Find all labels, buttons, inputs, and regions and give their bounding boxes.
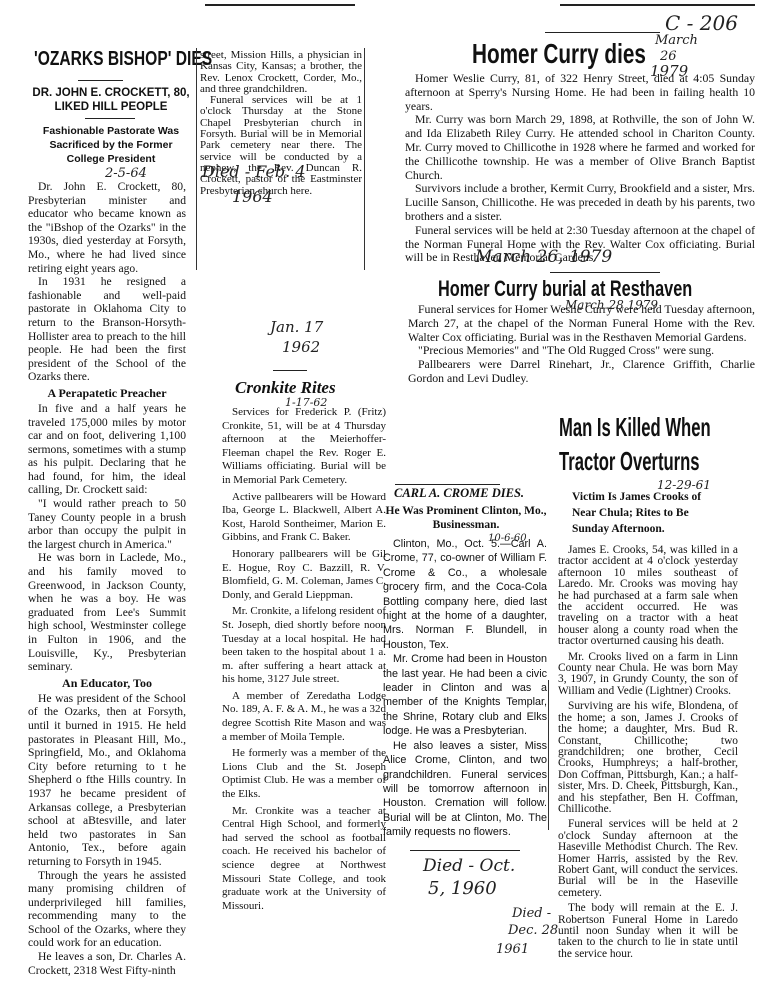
subdeck: Fashionable Pastorate Was Sacrificed by … [30, 124, 192, 166]
body-column: James E. Crooks, 54, was killed in a tra… [558, 545, 738, 960]
headline: Homer Curry dies [472, 38, 646, 70]
paragraph: Mr. Cronkite was a teacher at Central Hi… [222, 805, 386, 914]
divider [410, 850, 520, 851]
handwritten-date: Jan. 17 [270, 318, 323, 336]
column-rule [364, 48, 365, 270]
divider [273, 370, 307, 371]
handwritten-note: Died - [512, 905, 551, 923]
column-rule [196, 48, 197, 270]
paragraph: Survivors include a brother, Kermit Curr… [405, 182, 755, 223]
paragraph: Active pallbearers will be Howard Iba, G… [222, 491, 386, 545]
paragraph: The body will remain at the E. J. Robert… [558, 903, 738, 960]
paragraph: Mr. Cronkite, a lifelong resident of St.… [222, 605, 386, 687]
paragraph: "Precious Memories" and "The Old Rugged … [408, 344, 755, 358]
paragraph: Mr. Curry was born March 29, 1898, at Ro… [405, 113, 755, 182]
paragraph: Funeral services will be at 1 o'clock Th… [200, 95, 362, 197]
handwritten-note: 5, 1960 [428, 880, 497, 898]
paragraph: Clinton, Mo., Oct. 5.—Carl A. Crome, 77,… [383, 537, 547, 652]
paragraph: Pallbearers were Darrel Rinehart, Jr., C… [408, 358, 755, 386]
paragraph: A member of Zeredatha Lodge No. 189, A. … [222, 690, 386, 744]
paragraph: He formerly was a member of the Lions Cl… [222, 747, 386, 801]
paragraph: "I would rather preach to 50 Taney Count… [28, 497, 186, 551]
paragraph: In 1931 he resigned a fashionable and we… [28, 275, 186, 384]
catalog-mark: C - 206 [665, 14, 738, 32]
body-column: Dr. John E. Crockett, 80, Presbyterian m… [28, 180, 186, 977]
paragraph: Funeral services will be held at 2 o'clo… [558, 819, 738, 899]
subhead: A Perapatetic Preacher [28, 386, 186, 401]
body-column: Services for Frederick P. (Fritz) Cronki… [222, 406, 386, 913]
divider [78, 80, 123, 81]
paragraph: Funeral services for Homer Weslie Curry … [408, 303, 755, 344]
paragraph: Surviving are his wife, Blondena, of the… [558, 701, 738, 815]
headline: Man Is Killed When [559, 412, 711, 442]
column-rule [548, 680, 549, 830]
paragraph: Through the years he assisted many promi… [28, 869, 186, 951]
handwritten-note: Dec. 28 [508, 922, 558, 940]
handwritten-date: March 26, 1979 [475, 248, 612, 266]
divider [550, 272, 660, 273]
paragraph: Mr. Crome had been in Houston the last y… [383, 652, 547, 738]
paragraph: He leaves a son, Dr. Charles A. Crockett… [28, 950, 186, 977]
divider [85, 118, 135, 119]
deck: He Was Prominent Clinton, Mo., Businessm… [384, 504, 548, 532]
handwritten-note: Died - Feb. 4 [202, 163, 306, 181]
handwritten-date: 1962 [282, 338, 320, 356]
paragraph: Services for Frederick P. (Fritz) Cronki… [222, 406, 386, 488]
paragraph: He was president of the School of the Oz… [28, 692, 186, 869]
body-column: Clinton, Mo., Oct. 5.—Carl A. Crome, 77,… [383, 537, 547, 840]
deck: Victim Is James Crooks of Near Chula; Ri… [572, 489, 714, 537]
paragraph: Mr. Crooks lived on a farm in Linn Count… [558, 652, 738, 698]
handwritten-note: Died - Oct. [423, 857, 515, 875]
paragraph: In five and a half years he traveled 175… [28, 402, 186, 497]
handwritten-note: 1961 [496, 941, 529, 959]
paragraph: Dr. John E. Crockett, 80, Presbyterian m… [28, 180, 186, 275]
paragraph: Honorary pallbearers will be Gil E. Hogu… [222, 548, 386, 602]
body-column: Funeral services for Homer Weslie Curry … [408, 303, 755, 386]
paragraph: street, Mission Hills, a physician in Ka… [200, 50, 362, 95]
divider [545, 32, 660, 33]
paragraph: He also leaves a sister, Miss Alice Crom… [383, 739, 547, 840]
clipping-edge [205, 4, 355, 6]
body-column: Homer Weslie Curry, 81, of 322 Henry Str… [405, 72, 755, 265]
headline: 'OZARKS BISHOP' DIES [34, 48, 212, 71]
paragraph: He was born in Laclede, Mo., and his fam… [28, 551, 186, 673]
handwritten-note: 1964 [232, 188, 273, 206]
paragraph: Homer Weslie Curry, 81, of 322 Henry Str… [405, 72, 755, 113]
clipping-edge [560, 4, 755, 6]
headline: CARL A. CROME DIES. [394, 486, 524, 501]
headline: Tractor Overturns [559, 446, 700, 476]
paragraph: James E. Crooks, 54, was killed in a tra… [558, 545, 738, 648]
divider [395, 484, 500, 485]
deck: DR. JOHN E. CROCKETT, 80, LIKED HILL PEO… [30, 86, 192, 114]
subhead: An Educator, Too [28, 676, 186, 691]
